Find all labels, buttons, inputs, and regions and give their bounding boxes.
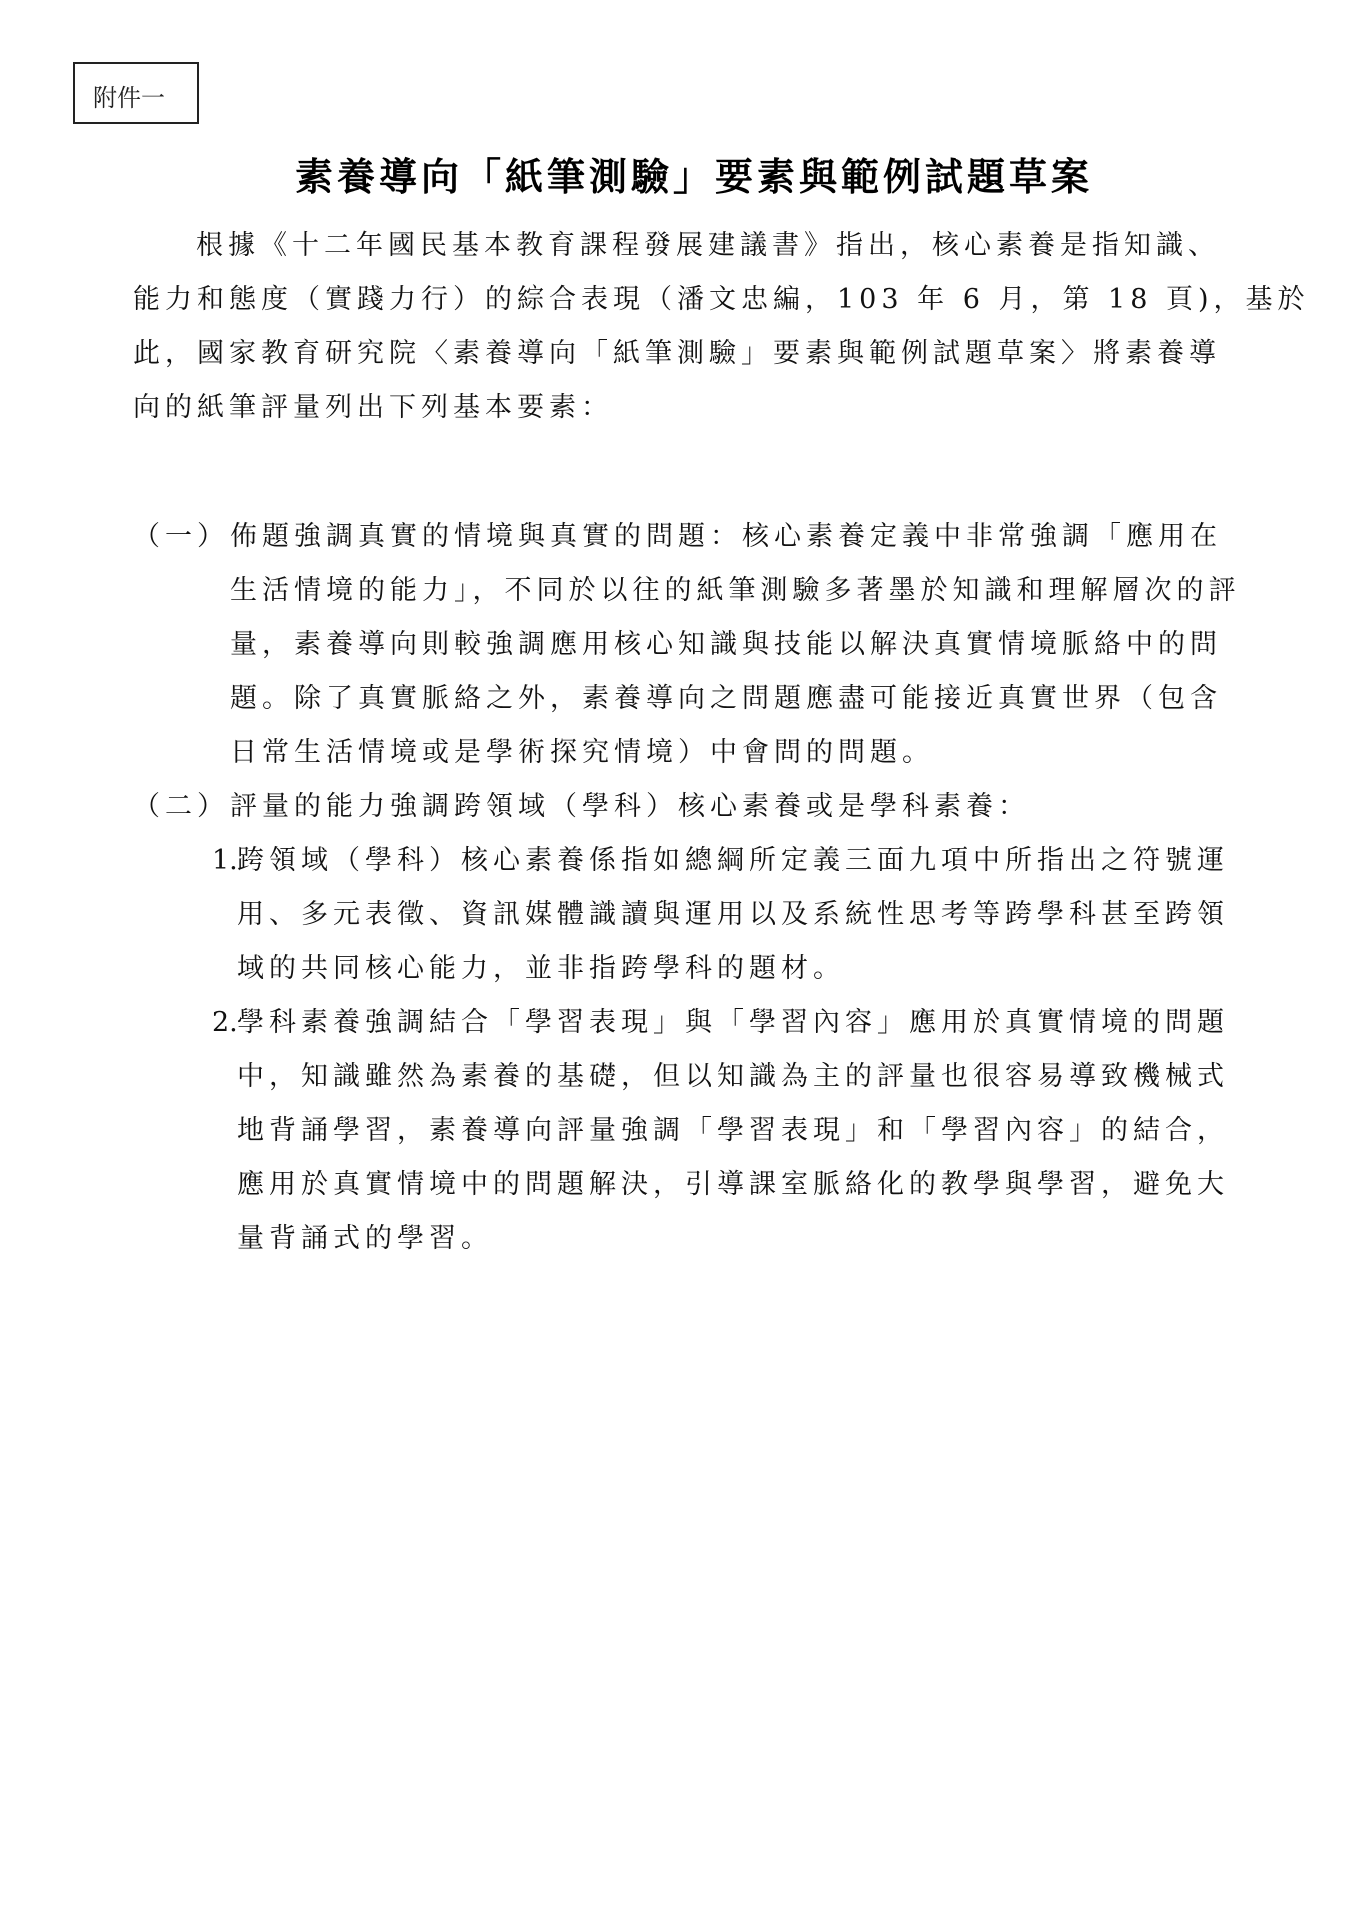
attachment-label-box: 附件一 [73, 62, 199, 124]
section-line: 題。除了真實脈絡之外，素養導向之問題應盡可能接近真實世界（包含 [230, 683, 1222, 715]
document-title: 素養導向「紙筆測驗」要素與範例試題草案 [295, 146, 1093, 201]
item-line: 中，知識雖然為素養的基礎，但以知識為主的評量也很容易導致機械式 [237, 1061, 1229, 1093]
item-line: 學科素養強調結合「學習表現」與「學習內容」應用於真實情境的問題 [237, 1007, 1229, 1039]
section-line: 佈題強調真實的情境與真實的問題：核心素養定義中非常強調「應用在 [230, 521, 1222, 553]
section-line: 量，素養導向則較強調應用核心知識與技能以解決真實情境脈絡中的問 [230, 629, 1222, 661]
item-line: 跨領域（學科）核心素養係指如總綱所定義三面九項中所指出之符號運 [237, 845, 1229, 877]
section-line: 生活情境的能力」，不同於以往的紙筆測驗多著墨於知識和理解層次的評 [230, 575, 1241, 607]
item-line: 用、多元表徵、資訊媒體識讀與運用以及系統性思考等跨學科甚至跨領 [237, 899, 1229, 931]
section-line: 評量的能力強調跨領域（學科）核心素養或是學科素養： [230, 791, 1030, 823]
attachment-label: 附件一 [93, 78, 165, 113]
item-line: 量背誦式的學習。 [237, 1223, 493, 1255]
item-line: 域的共同核心能力，並非指跨學科的題材。 [237, 953, 845, 985]
intro-line: 此，國家教育研究院〈素養導向「紙筆測驗」要素與範例試題草案〉將素養導 [133, 338, 1221, 370]
item-number: 1. [212, 845, 238, 877]
intro-line: 向的紙筆評量列出下列基本要素： [133, 392, 613, 424]
item-line: 地背誦學習，素養導向評量強調「學習表現」和「學習內容」的結合， [237, 1115, 1229, 1147]
section-marker: （二） [133, 791, 229, 823]
item-line: 應用於真實情境中的問題解決，引導課室脈絡化的教學與學習，避免大 [237, 1169, 1229, 1201]
intro-line: 根據《十二年國民基本教育課程發展建議書》指出，核心素養是指知識、 [196, 230, 1220, 262]
section-marker: （一） [133, 521, 229, 553]
section-line: 日常生活情境或是學術探究情境）中會問的問題。 [230, 737, 934, 769]
item-number: 2. [212, 1007, 238, 1039]
intro-line: 能力和態度（實踐力行）的綜合表現（潘文忠編，103 年 6 月，第 18 頁)，… [133, 284, 1310, 316]
